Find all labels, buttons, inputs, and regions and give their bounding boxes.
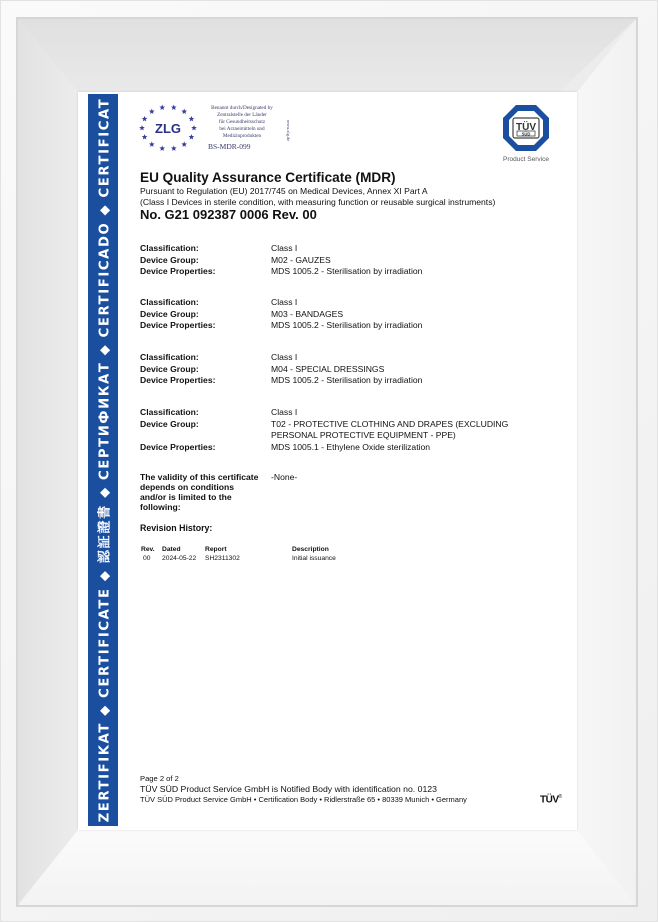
table-header-row: Rev. Dated Report Description (141, 545, 392, 554)
certificate-title: EU Quality Assurance Certificate (MDR) (140, 170, 396, 185)
device-group-block: Classification:Class I Device Group:M03 … (140, 297, 560, 332)
classification-value: Class I (271, 352, 541, 364)
column-header: Report (205, 545, 292, 554)
registered-mark: ® (559, 794, 562, 800)
device-properties-value: MDS 1005.2 - Sterilisation by irradiatio… (271, 266, 541, 278)
table-cell: Initial issuance (292, 554, 392, 563)
zlg-line3: für Gesundheitsschutz (199, 119, 285, 126)
zlg-logo: ZLG Benannt durch/Designated by Zentrals… (138, 102, 298, 157)
zlg-line2: Zentralstelle der Länder (199, 112, 285, 119)
table-row: 00 2024-05-22 SH2311302 Initial issuance (141, 554, 392, 563)
frame-bevel-left (18, 19, 78, 905)
classification-value: Class I (271, 243, 541, 255)
device-group-value: T02 - PROTECTIVE CLOTHING AND DRAPES (EX… (271, 419, 541, 442)
zlg-line5: Medizinprodukten (199, 133, 285, 140)
classification-label: Classification: (140, 297, 271, 309)
band-text: ZERTIFIKAT ◆ CERTIFICATE ◆ 認証證書 ◆ СЕРТИФ… (94, 98, 113, 823)
certificate-scope: (Class I Devices in sterile condition, w… (140, 197, 495, 207)
frame-bevel-bottom (18, 830, 636, 905)
device-properties-value: MDS 1005.2 - Sterilisation by irradiatio… (271, 320, 541, 332)
classification-label: Classification: (140, 352, 271, 364)
device-group-label: Device Group: (140, 419, 271, 442)
device-group-label: Device Group: (140, 309, 271, 321)
device-group-label: Device Group: (140, 255, 271, 267)
device-group-block: Classification:Class I Device Group:T02 … (140, 407, 560, 453)
classification-value: Class I (271, 297, 541, 309)
certificate-page: ZERTIFIKAT ◆ CERTIFICATE ◆ 認証證書 ◆ СЕРТИФ… (78, 92, 577, 830)
zlg-line1: Benannt durch/Designated by (199, 105, 285, 112)
certificate-footer: Page 2 of 2 TÜV SÜD Product Service GmbH… (140, 774, 560, 805)
frame-bevel-top (18, 19, 636, 92)
zlg-line4: bei Arzneimitteln und (199, 126, 285, 133)
zlg-url: www.zlg.de (286, 120, 291, 141)
column-header: Description (292, 545, 392, 554)
tuv-caption: Product Service (490, 156, 562, 163)
device-group-label: Device Group: (140, 364, 271, 376)
device-group-value: M04 - SPECIAL DRESSINGS (271, 364, 541, 376)
frame-bevel-right (577, 19, 636, 905)
device-group-block: Classification:Class I Device Group:M04 … (140, 352, 560, 387)
certification-body-address: TÜV SÜD Product Service GmbH • Certifica… (140, 795, 560, 805)
zlg-abbrev: ZLG (155, 121, 181, 136)
tuv-sud-octagon-logo-icon: TÜV SÜD (502, 104, 550, 152)
table-cell: 00 (141, 554, 162, 563)
classification-label: Classification: (140, 407, 271, 419)
column-header: Dated (162, 545, 205, 554)
notified-body-statement: TÜV SÜD Product Service GmbH is Notified… (140, 784, 560, 795)
device-properties-label: Device Properties: (140, 266, 271, 278)
tuv-logo-line2: SÜD (522, 131, 531, 136)
validity-conditions: The validity of this certificate depends… (140, 472, 560, 512)
tuv-wordmark: TÜV® (540, 794, 562, 805)
device-properties-label: Device Properties: (140, 375, 271, 387)
revision-history-title: Revision History: (140, 523, 212, 533)
device-properties-value: MDS 1005.1 - Ethylene Oxide sterilizatio… (271, 442, 541, 454)
revision-history-table: Rev. Dated Report Description 00 2024-05… (141, 545, 392, 563)
eu-stars-ring-icon: ZLG (138, 102, 198, 154)
device-properties-label: Device Properties: (140, 320, 271, 332)
classification-label: Classification: (140, 243, 271, 255)
classification-value: Class I (271, 407, 541, 419)
column-header: Rev. (141, 545, 162, 554)
device-group-value: M02 - GAUZES (271, 255, 541, 267)
certificate-number: No. G21 092387 0006 Rev. 00 (140, 207, 317, 222)
validity-value: -None- (260, 472, 471, 512)
device-properties-label: Device Properties: (140, 442, 271, 454)
device-group-block: Classification:Class I Device Group:M02 … (140, 243, 560, 278)
device-group-value: M03 - BANDAGES (271, 309, 541, 321)
page-number: Page 2 of 2 (140, 774, 560, 784)
device-properties-value: MDS 1005.2 - Sterilisation by irradiatio… (271, 375, 541, 387)
table-cell: 2024-05-22 (162, 554, 205, 563)
zlg-code: BS-MDR-099 (208, 142, 251, 151)
certificate-regulation: Pursuant to Regulation (EU) 2017/745 on … (140, 186, 428, 196)
zlg-designation: Benannt durch/Designated by Zentralstell… (199, 105, 285, 140)
validity-label: The validity of this certificate depends… (140, 472, 260, 512)
table-cell: SH2311302 (205, 554, 292, 563)
tuv-wordmark-text: TÜV (540, 794, 559, 805)
certificate-side-band: ZERTIFIKAT ◆ CERTIFICATE ◆ 認証證書 ◆ СЕРТИФ… (88, 94, 118, 826)
